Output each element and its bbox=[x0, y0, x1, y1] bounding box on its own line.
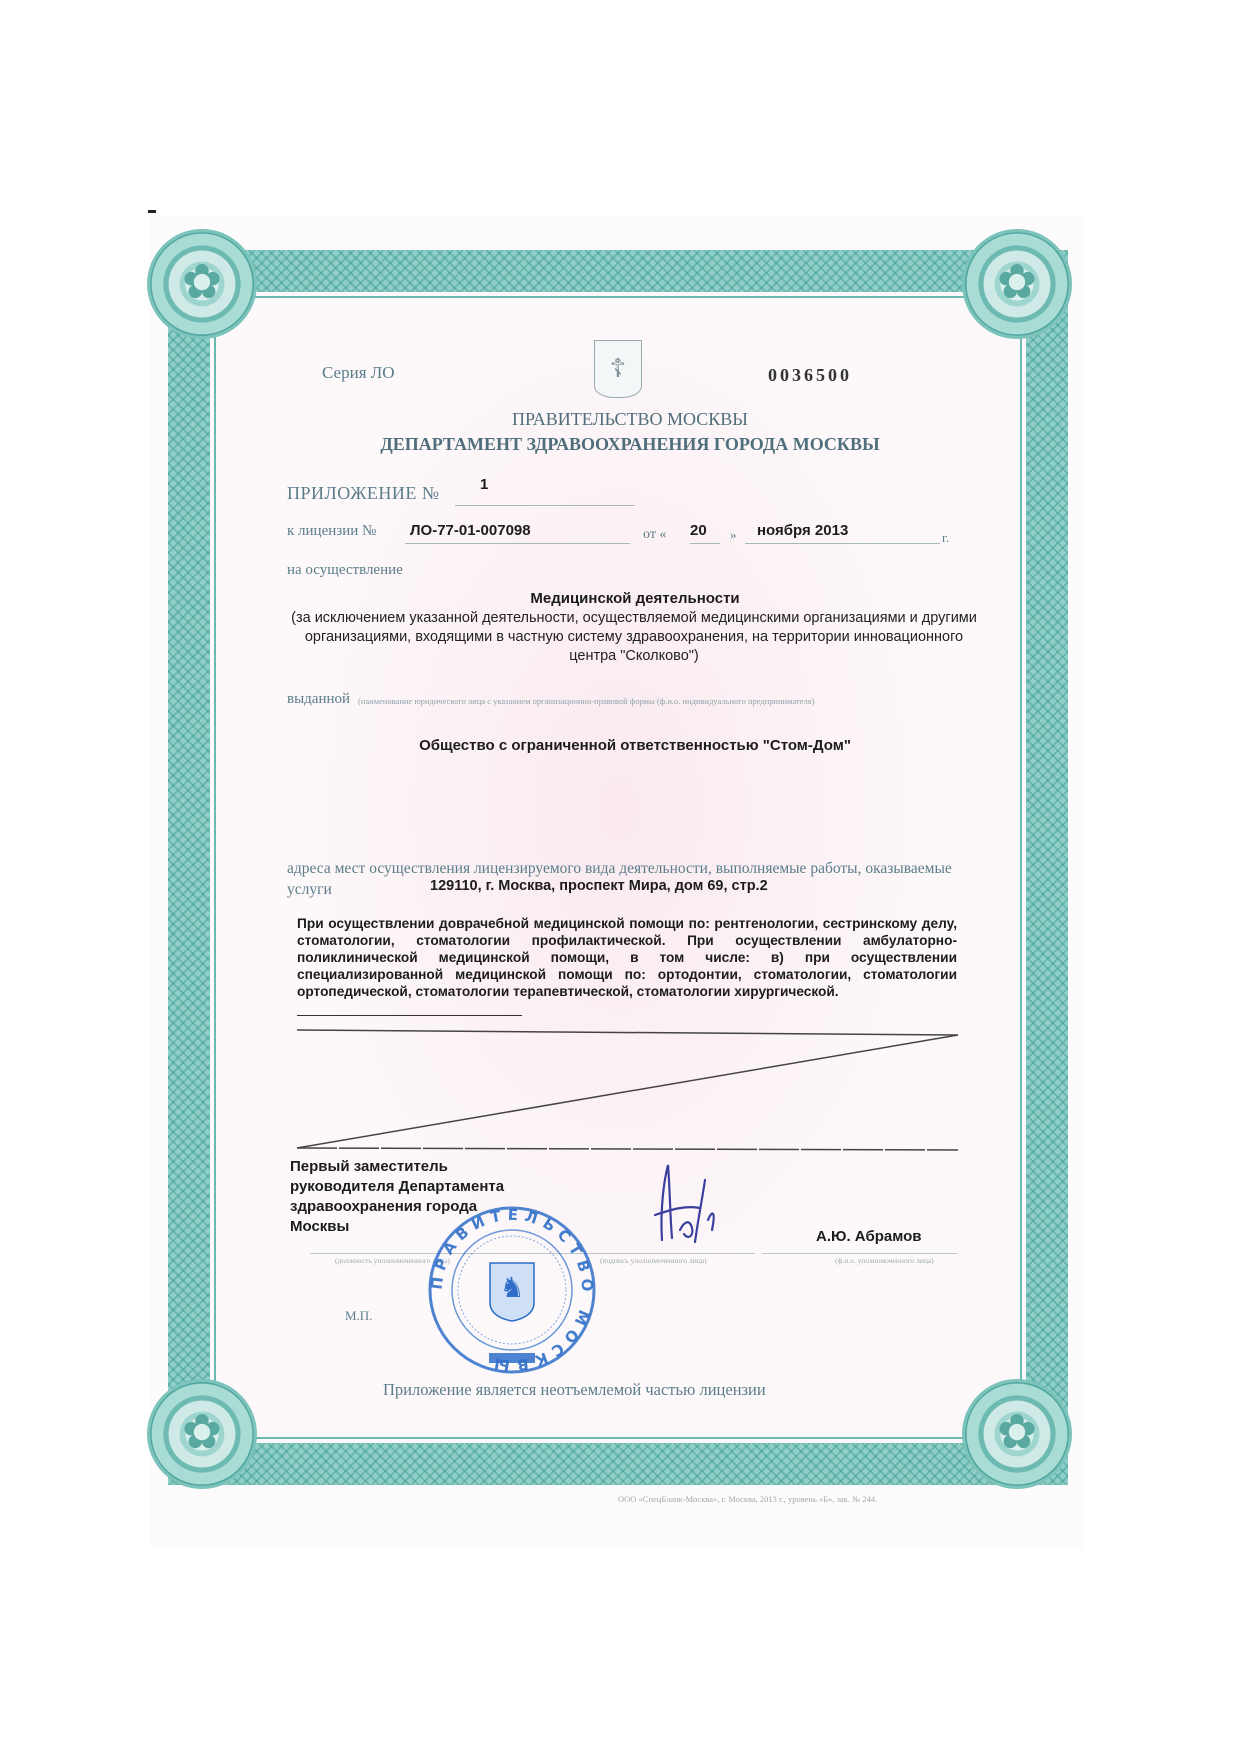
document-content: Серия ЛО ☦ 0036500 ПРАВИТЕЛЬСТВО МОСКВЫ … bbox=[0, 0, 1241, 1754]
printer-info: ООО «СпецБланк-Москва», г. Москва, 2013 … bbox=[618, 1494, 877, 1504]
footer-note: Приложение является неотъемлемой частью … bbox=[383, 1380, 766, 1400]
signatory-name: А.Ю. Абрамов bbox=[816, 1228, 922, 1245]
signature-line bbox=[600, 1253, 755, 1254]
name-line bbox=[762, 1253, 957, 1254]
signature-hint: (подпись уполномоченного лица) bbox=[600, 1256, 707, 1265]
blank-space-strike-lines bbox=[0, 0, 1241, 1754]
svg-text:♞: ♞ bbox=[499, 1271, 524, 1304]
stamp-place-label: М.П. bbox=[345, 1308, 372, 1324]
signature-icon bbox=[650, 1160, 730, 1245]
name-hint: (ф.и.о. уполномоченного лица) bbox=[835, 1256, 934, 1265]
official-stamp-icon: ПРАВИТЕЛЬСТВО МОСКВЫ ♞ bbox=[427, 1205, 597, 1375]
